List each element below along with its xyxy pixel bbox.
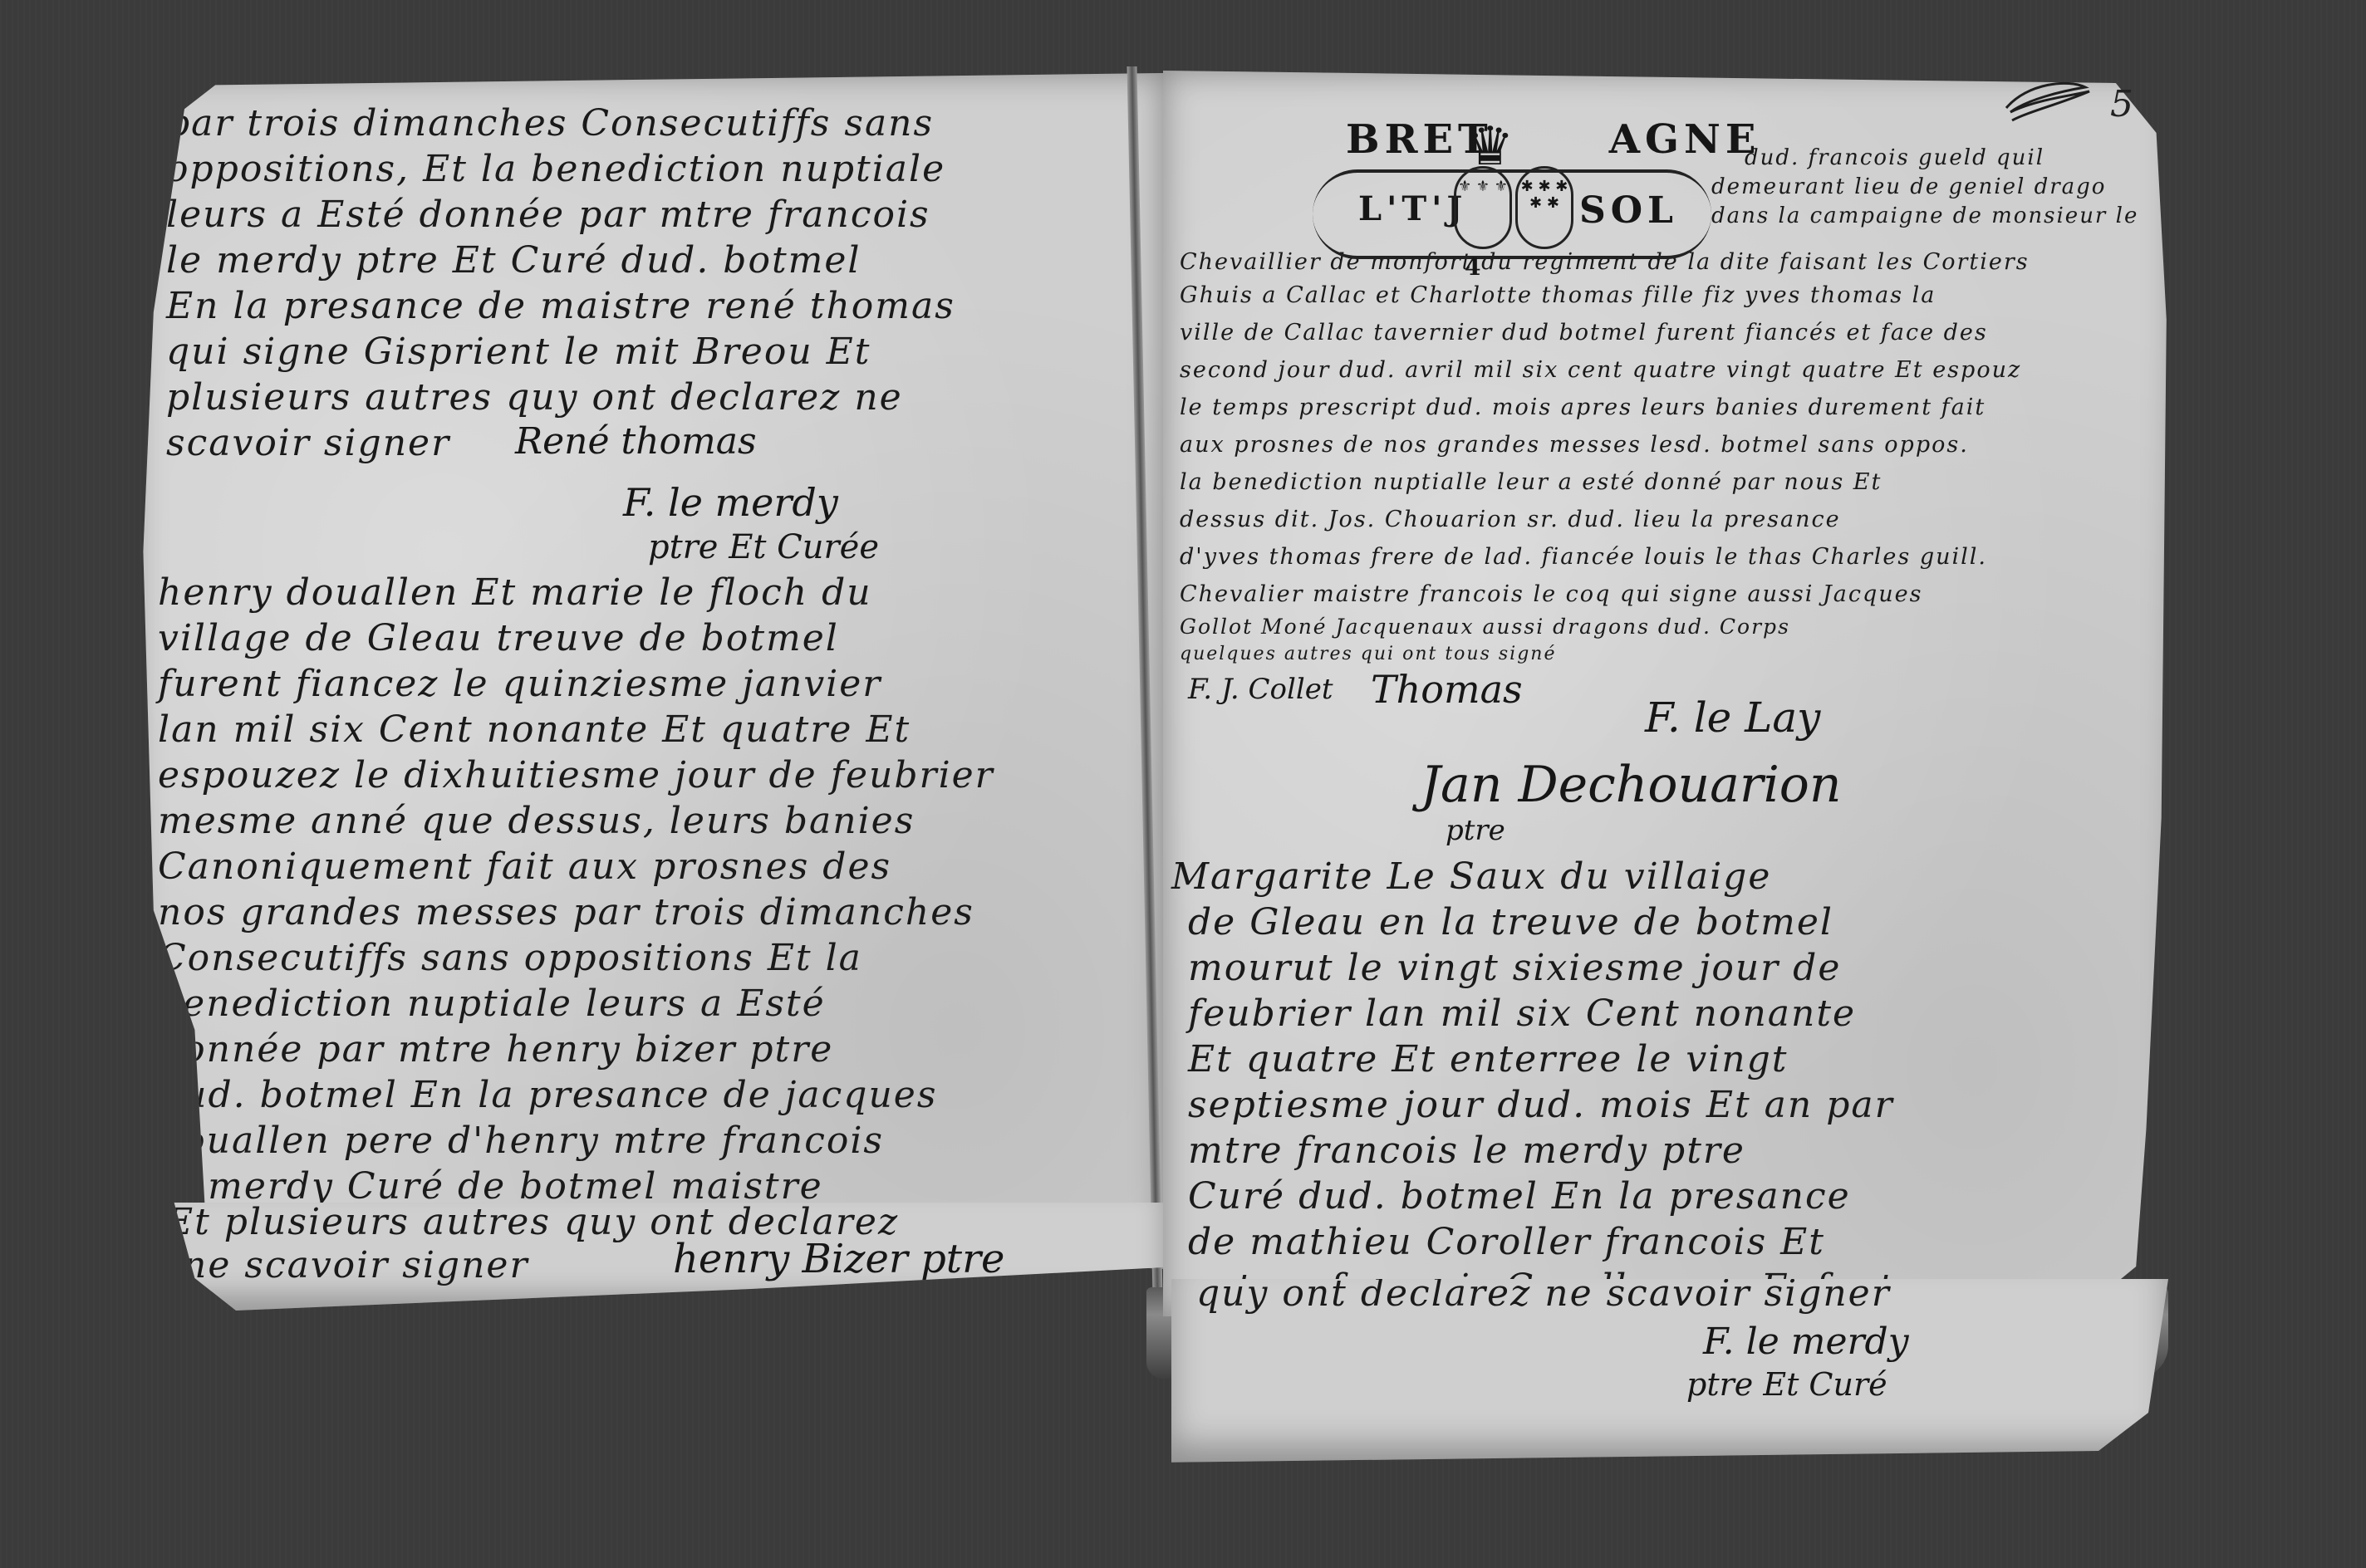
text-line: second jour dud. avril mil six cent quat… bbox=[1180, 357, 2021, 383]
text-line: plusieurs autres quy ont declarez ne bbox=[166, 376, 903, 419]
text-line: ville de Callac tavernier dud botmel fur… bbox=[1180, 320, 1988, 345]
text-line: Margarite Le Saux du villaige bbox=[1171, 855, 1771, 898]
text-line: mourut le vingt sixiesme jour de bbox=[1188, 947, 1841, 989]
bretagne-tax-stamp: BRETAGNE ♛ L'T'J ⚜ ⚜ ⚜ ✱ ✱ ✱ ✱ ✱ SOL 4 bbox=[1313, 116, 1711, 274]
signature-henry-bizer: henry Bizer ptre bbox=[673, 1236, 1004, 1282]
signature-le-lay: F. le Lay bbox=[1645, 693, 1820, 742]
coat-of-arms-icon: ⚜ ⚜ ⚜ ✱ ✱ ✱ ✱ ✱ bbox=[1454, 166, 1578, 257]
text-line: oppositions, Et la benediction nuptiale bbox=[166, 148, 945, 190]
text-line: dud. francois gueld quil bbox=[1745, 145, 2044, 170]
text-line: Canoniquement fait aux prosnes des bbox=[158, 845, 891, 888]
text-line: qui signe Gisprient le mit Breou Et bbox=[166, 331, 871, 373]
signature-le-merdy-right: F. le merdy bbox=[1703, 1321, 1909, 1363]
text-line: douallen pere d'henry mtre francois bbox=[158, 1120, 884, 1162]
text-line: henry douallen Et marie le floch du bbox=[158, 571, 872, 614]
left-page: par trois dimanches Consecutiffs sans op… bbox=[133, 73, 1163, 1269]
text-line: aux prosnes de nos grandes messes lesd. … bbox=[1180, 432, 1969, 458]
signature-thomas: Thomas bbox=[1371, 667, 1523, 712]
text-line: dans la campaigne de monsieur le bbox=[1711, 203, 2138, 228]
text-line: Chevalier maistre francois le coq qui si… bbox=[1180, 581, 1922, 607]
text-line: Curé dud. botmel En la presance bbox=[1188, 1175, 1851, 1218]
text-line: mtre francois le merdy ptre bbox=[1188, 1129, 1745, 1172]
text-line: de Gleau en la treuve de botmel bbox=[1188, 901, 1833, 943]
stamp-value-left: L'T'J bbox=[1358, 189, 1467, 228]
text-line: le temps prescript dud. mois apres leurs… bbox=[1180, 394, 1986, 420]
text-line: En la presance de maistre rené thomas bbox=[166, 285, 955, 327]
text-line: quelques autres qui ont tous signé bbox=[1180, 644, 1556, 664]
signature-le-merdy-right-title: ptre Et Curé bbox=[1686, 1366, 1887, 1403]
stamp-value-right: SOL bbox=[1579, 189, 1678, 232]
text-line: demeurant lieu de geniel drago bbox=[1711, 174, 2106, 199]
text-line: village de Gleau treuve de botmel bbox=[158, 617, 839, 659]
text-line: d'yves thomas frere de lad. fiancée loui… bbox=[1180, 544, 1987, 570]
signature-collet: F. J. Collet bbox=[1188, 673, 1333, 706]
text-line: leurs a Esté donnée par mtre francois bbox=[166, 194, 930, 236]
text-line: furent fiancez le quinziesme janvier bbox=[158, 663, 881, 705]
text-line: le merdy Curé de botmel maistre bbox=[158, 1165, 823, 1208]
stamp-number: 4 bbox=[1465, 253, 1480, 281]
text-line: la benediction nuptialle leur a esté don… bbox=[1180, 469, 1882, 495]
signature-le-merdy-title: ptre Et Curée bbox=[648, 528, 879, 566]
text-line: par trois dimanches Consecutiffs sans bbox=[166, 102, 934, 145]
text-line: dessus dit. Jos. Chouarion sr. dud. lieu… bbox=[1180, 507, 1841, 532]
text-line: espouzez le dixhuitiesme jour de feubrie… bbox=[158, 754, 994, 796]
signature-le-merdy: F. le merdy bbox=[623, 480, 838, 525]
stamp-title: BRETAGNE bbox=[1346, 116, 1760, 163]
text-line: Et quatre Et enterree le vingt bbox=[1188, 1038, 1789, 1080]
text-line: Consecutiffs sans oppositions Et la bbox=[158, 937, 862, 979]
paraph-flourish-icon bbox=[2002, 75, 2094, 125]
text-line: benediction nuptiale leurs a Esté bbox=[158, 982, 826, 1025]
text-line: lan mil six Cent nonante Et quatre Et bbox=[158, 708, 911, 751]
text-line: scavoir signer bbox=[166, 422, 450, 464]
text-line: le merdy ptre Et Curé dud. botmel bbox=[166, 239, 861, 282]
signature-dechouarion: Jan Dechouarion bbox=[1421, 756, 1842, 814]
text-line: mesme anné que dessus, leurs banies bbox=[158, 800, 915, 842]
text-line: donnée par mtre henry bizer ptre bbox=[158, 1028, 833, 1071]
text-line: de mathieu Coroller francois Et bbox=[1188, 1221, 1825, 1263]
ermine-shield-icon: ✱ ✱ ✱ ✱ ✱ bbox=[1515, 166, 1573, 249]
signature-dechouarion-title: ptre bbox=[1446, 814, 1505, 847]
text-line: dud. botmel En la presance de jacques bbox=[158, 1074, 937, 1116]
text-line: Gollot Moné Jacquenaux aussi dragons dud… bbox=[1180, 615, 1790, 639]
text-line: Ghuis a Callac et Charlotte thomas fille… bbox=[1180, 282, 1936, 308]
right-page-bottom: quy ont declarez ne scavoir signer F. le… bbox=[1171, 1279, 2168, 1470]
text-line: nos grandes messes par trois dimanches bbox=[158, 891, 974, 933]
text-line: feubrier lan mil six Cent nonante bbox=[1188, 992, 1856, 1035]
fleur-de-lis-shield-icon: ⚜ ⚜ ⚜ bbox=[1454, 166, 1512, 249]
text-line: septiesme jour dud. mois Et an par bbox=[1188, 1084, 1894, 1126]
folio-number: 5 bbox=[2110, 83, 2133, 125]
stamp-title-right: AGNE bbox=[1609, 116, 1761, 163]
text-line: ne scavoir signer bbox=[183, 1244, 529, 1286]
signature-rene-thomas: René thomas bbox=[515, 420, 757, 463]
